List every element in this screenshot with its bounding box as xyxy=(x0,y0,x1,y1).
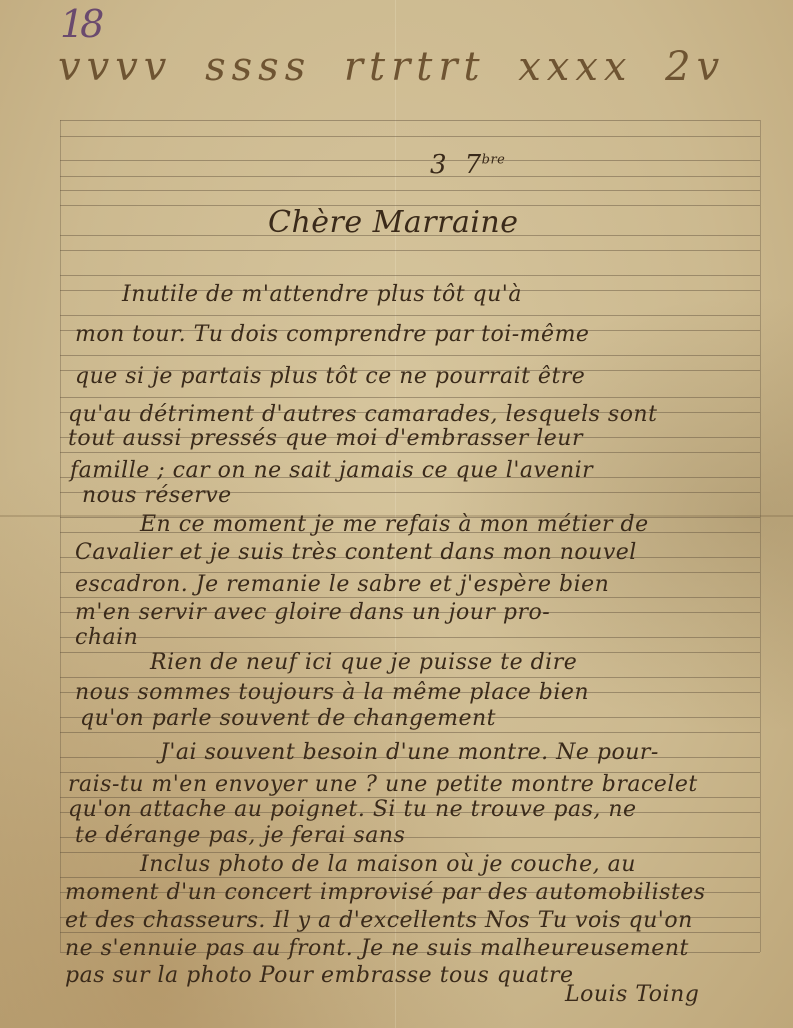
letter-line: qu'au détriment d'autres camarades, lesq… xyxy=(68,402,657,427)
ruled-line xyxy=(60,160,760,161)
letter-line: qu'on attache au poignet. Si tu ne trouv… xyxy=(68,797,637,822)
ruled-line xyxy=(60,120,760,121)
ruled-line xyxy=(60,452,760,453)
letter-line: tout aussi pressés que moi d'embrasser l… xyxy=(68,426,583,451)
letter-line: mon tour. Tu dois comprendre par toi-mêm… xyxy=(75,322,589,347)
letter-line: nous réserve xyxy=(82,483,232,508)
letter-line: moment d'un concert improvisé par des au… xyxy=(65,880,706,905)
date-suffix: bre xyxy=(482,152,506,167)
ruled-line xyxy=(60,275,760,276)
letter-line: escadron. Je remanie le sabre et j'espèr… xyxy=(75,572,609,597)
letter-line: qu'on parle souvent de changement xyxy=(80,706,496,731)
ruled-line xyxy=(60,315,760,316)
ruled-line xyxy=(60,355,760,356)
ruled-line xyxy=(60,190,760,191)
right-margin-line xyxy=(760,120,761,952)
ruled-line xyxy=(60,677,760,678)
date-day: 3 xyxy=(430,150,447,180)
letter-line: Inutile de m'attendre plus tôt qu'à xyxy=(122,282,522,307)
letter-line: que si je partais plus tôt ce ne pourrai… xyxy=(75,364,585,389)
ruled-line xyxy=(60,597,760,598)
ruled-line xyxy=(60,136,760,137)
ruled-line xyxy=(60,250,760,251)
ruled-line xyxy=(60,877,760,878)
letter-page: 18 vvvv ssss rtrtrt xxxx 2v 3 7bre Chère… xyxy=(0,0,793,1028)
left-margin-line xyxy=(60,120,61,952)
letter-line: En ce moment je me refais à mon métier d… xyxy=(140,512,649,537)
letter-line: m'en servir avec gloire dans un jour pro… xyxy=(75,600,550,625)
date-month: 7 xyxy=(465,150,482,180)
ruled-line xyxy=(60,397,760,398)
letter-line: J'ai souvent besoin d'une montre. Ne pou… xyxy=(160,740,659,765)
letter-date: 3 7bre xyxy=(430,150,505,180)
letter-line: Cavalier et je suis très content dans mo… xyxy=(75,540,637,565)
signature: Louis Toing xyxy=(565,982,699,1007)
letter-line: et des chasseurs. Il y a d'excellents No… xyxy=(65,908,693,933)
letter-line: Inclus photo de la maison où je couche, … xyxy=(140,852,636,877)
letter-line: Rien de neuf ici que je puisse te dire xyxy=(150,650,577,675)
letter-line: ne s'ennuie pas au front. Je ne suis mal… xyxy=(65,936,689,961)
penmanship-practice-line: vvvv ssss rtrtrt xxxx 2v xyxy=(58,44,725,90)
letter-line: nous sommes toujours à la même place bie… xyxy=(75,680,589,705)
letter-line: chain xyxy=(75,625,138,650)
letter-line: rais-tu m'en envoyer une ? une petite mo… xyxy=(68,772,698,797)
letter-line: te dérange pas, je ferai sans xyxy=(75,823,405,848)
ruled-line xyxy=(60,176,760,177)
ruled-line xyxy=(60,732,760,733)
letter-line: famille ; car on ne sait jamais ce que l… xyxy=(70,458,593,483)
letter-line: pas sur la photo Pour embrasse tous quat… xyxy=(65,963,573,988)
salutation: Chère Marraine xyxy=(268,205,519,240)
archive-number: 18 xyxy=(60,2,100,46)
ruled-line xyxy=(60,637,760,638)
